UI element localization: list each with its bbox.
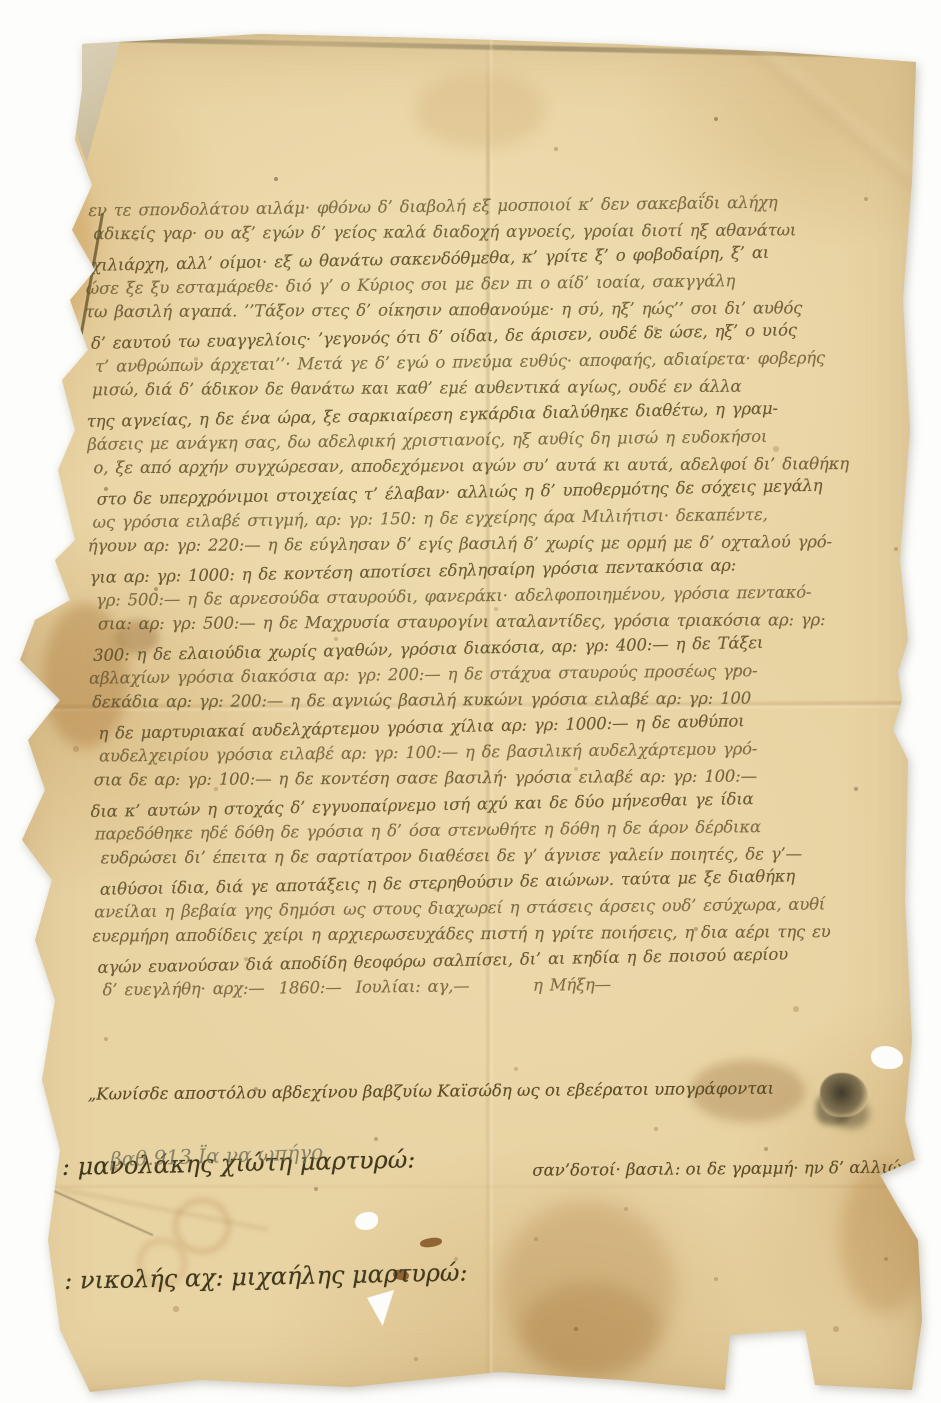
stain — [415, 73, 545, 148]
top-edge-grime — [70, 36, 915, 59]
signature-line: : νικολής αχ: μιχαήλης μαρτυρώ: — [64, 1250, 625, 1300]
manuscript-text-block: εν τε σπονδολάτου αιλάμ· φθόνω δ’ διαβολ… — [83, 188, 919, 1004]
paper-shadow-wrap: εν τε σπονδολάτου αιλάμ· φθόνω δ’ διαβολ… — [0, 0, 941, 1403]
foxing-specks — [15, 28, 17, 30]
scan-background: { "meta": { "description": "Scanned sing… — [0, 0, 941, 1403]
top-left-corner-fold — [58, 32, 120, 162]
paper-sheet: εν τε σπονδολάτου αιλάμ· φθόνω δ’ διαβολ… — [15, 28, 925, 1397]
signature-block: : μανολάκης χιώτη μαρτυρώ: : νικολής αχ:… — [60, 1060, 626, 1376]
